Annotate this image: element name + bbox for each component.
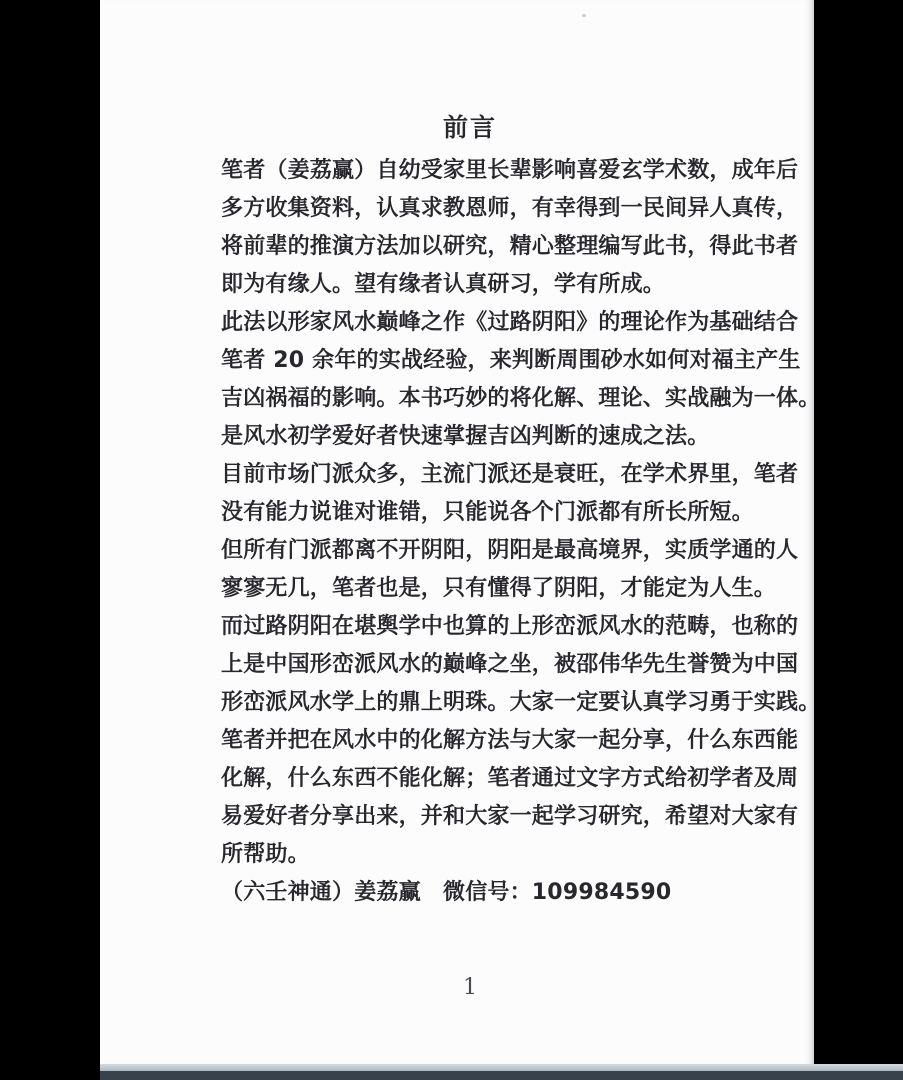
text-line: 但所有门派都离不开阴阳，阴阳是最高境界，实质学通的人 xyxy=(221,532,761,570)
text-line: 笔者 20 余年的实战经验，来判断周围砂水如何对福主产生 xyxy=(221,342,761,380)
scan-speck xyxy=(582,14,586,17)
text-line: 所帮助。 xyxy=(221,836,761,874)
text-line: 而过路阴阳在堪舆学中也算的上形峦派风水的范畴，也称的 xyxy=(221,608,761,646)
text-line: 没有能力说谁对谁错，只能说各个门派都有所长所短。 xyxy=(221,494,761,532)
text-line: 即为有缘人。望有缘者认真研习，学有所成。 xyxy=(221,266,761,304)
text-line: 笔者（姜荔赢）自幼受家里长辈影响喜爱玄学术数，成年后 xyxy=(221,152,761,190)
text-line: （六壬神通）姜荔赢 微信号：109984590 xyxy=(221,874,761,912)
body-text: 笔者（姜荔赢）自幼受家里长辈影响喜爱玄学术数，成年后多方收集资料，认真求教恩师，… xyxy=(221,152,761,912)
text-line: 多方收集资料，认真求教恩师，有幸得到一民间异人真传， xyxy=(221,190,761,228)
page-bottom-edge-shadow xyxy=(100,1071,903,1080)
page-bottom-edge-highlight xyxy=(100,1064,903,1071)
text-line: 笔者并把在风水中的化解方法与大家一起分享，什么东西能 xyxy=(221,722,761,760)
text-line: 易爱好者分享出来，并和大家一起学习研究，希望对大家有 xyxy=(221,798,761,836)
text-line: 将前辈的推演方法加以研究，精心整理编写此书，得此书者 xyxy=(221,228,761,266)
text-line: 形峦派风水学上的鼎上明珠。大家一定要认真学习勇于实践。 xyxy=(221,684,761,722)
text-line: 是风水初学爱好者快速掌握吉凶判断的速成之法。 xyxy=(221,418,761,456)
text-line: 吉凶祸福的影响。本书巧妙的将化解、理论、实战融为一体。 xyxy=(221,380,761,418)
text-line: 上是中国形峦派风水的巅峰之坐，被邵伟华先生誉赞为中国 xyxy=(221,646,761,684)
text-line: 寥寥无几，笔者也是，只有懂得了阴阳，才能定为人生。 xyxy=(221,570,761,608)
text-line: 此法以形家风水巅峰之作《过路阴阳》的理论作为基础结合 xyxy=(221,304,761,342)
scan-canvas: 前言 笔者（姜荔赢）自幼受家里长辈影响喜爱玄学术数，成年后多方收集资料，认真求教… xyxy=(0,0,903,1080)
text-line: 化解，什么东西不能化解；笔者通过文字方式给初学者及周 xyxy=(221,760,761,798)
page-number: 1 xyxy=(100,974,840,1002)
text-line: 目前市场门派众多，主流门派还是衰旺，在学术界里，笔者 xyxy=(221,456,761,494)
page-title: 前言 xyxy=(140,110,800,146)
